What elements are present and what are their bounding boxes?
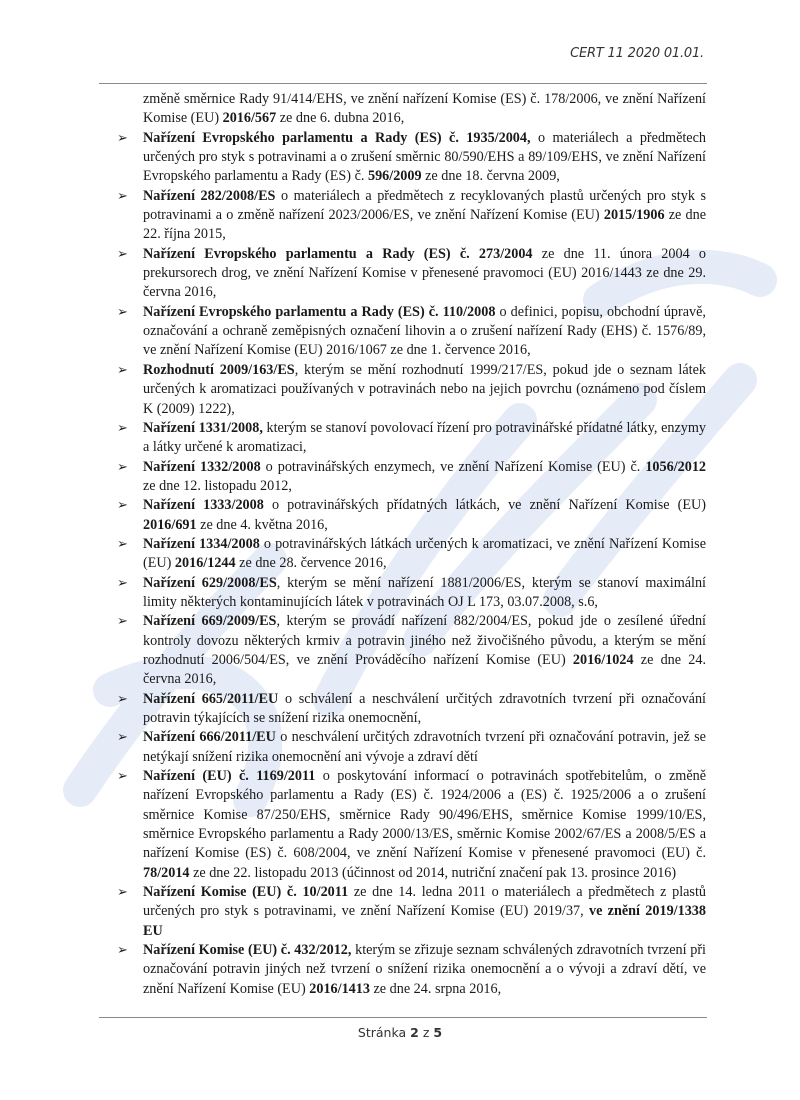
- regulation-reference: Nařízení 1332/2008: [143, 459, 261, 475]
- arrow-bullet-icon: ➢: [117, 767, 128, 786]
- list-item: ➢Nařízení 666/2011/EU o neschválení urči…: [143, 728, 706, 767]
- regulation-text: ze dne 18. června 2009,: [422, 168, 560, 184]
- regulation-reference: 2016/1413: [309, 981, 370, 997]
- regulation-reference: Nařízení (EU) č. 1169/2011: [143, 768, 315, 784]
- regulation-reference: Nařízení 1331/2008,: [143, 420, 263, 436]
- footer-divider: [99, 1017, 707, 1018]
- arrow-bullet-icon: ➢: [117, 496, 128, 515]
- document-code: CERT 11 2020 01.01.: [570, 46, 704, 61]
- regulation-text: ze dne 12. listopadu 2012,: [143, 478, 292, 494]
- arrow-bullet-icon: ➢: [117, 941, 128, 960]
- arrow-bullet-icon: ➢: [117, 361, 128, 380]
- page-sep: z: [419, 1025, 434, 1040]
- regulation-items: ➢Nařízení Evropského parlamentu a Rady (…: [143, 129, 706, 999]
- page-number: Stránka 2 z 5: [0, 1025, 800, 1040]
- regulation-list: změně směrnice Rady 91/414/EHS, ve znění…: [143, 90, 706, 999]
- arrow-bullet-icon: ➢: [117, 535, 128, 554]
- arrow-bullet-icon: ➢: [117, 245, 128, 264]
- regulation-text: ze dne 24. srpna 2016,: [370, 981, 501, 997]
- list-item: ➢Nařízení 1331/2008, kterým se stanoví p…: [143, 419, 706, 458]
- regulation-reference: 2016/691: [143, 517, 197, 533]
- regulation-text: ze dne 28. července 2016,: [236, 555, 387, 571]
- regulation-reference: Nařízení 282/2008/ES: [143, 188, 275, 204]
- regulation-reference: 2015/1906: [604, 207, 665, 223]
- page-label: Stránka: [358, 1025, 410, 1040]
- regulation-text: o potravinářských enzymech, ve znění Nař…: [261, 459, 646, 475]
- regulation-text: ze dne 22. listopadu 2013 (účinnost od 2…: [190, 865, 677, 881]
- regulation-reference: Nařízení 629/2008/ES: [143, 575, 277, 591]
- regulation-reference: Nařízení Evropského parlamentu a Rady (E…: [143, 130, 531, 146]
- list-item: ➢Nařízení 1334/2008 o potravinářských lá…: [143, 535, 706, 574]
- regulation-reference: Nařízení Komise (EU) č. 432/2012,: [143, 942, 351, 958]
- regulation-reference: Nařízení 669/2009/ES: [143, 613, 276, 629]
- regulation-reference: 1056/2012: [645, 459, 706, 475]
- list-item: ➢Nařízení Komise (EU) č. 10/2011 ze dne …: [143, 883, 706, 941]
- list-item: ➢Nařízení Evropského parlamentu a Rady (…: [143, 245, 706, 303]
- regulation-reference: Nařízení 666/2011/EU: [143, 729, 276, 745]
- regulation-reference: 2016/1244: [175, 555, 236, 571]
- page-current: 2: [410, 1025, 419, 1040]
- regulation-reference: Rozhodnutí 2009/163/ES: [143, 362, 295, 378]
- list-item: ➢Nařízení 629/2008/ES, kterým se mění na…: [143, 574, 706, 613]
- page-total: 5: [433, 1025, 442, 1040]
- arrow-bullet-icon: ➢: [117, 419, 128, 438]
- list-item: ➢Nařízení 282/2008/ES o materiálech a př…: [143, 187, 706, 245]
- list-item: ➢Nařízení Evropského parlamentu a Rady (…: [143, 129, 706, 187]
- regulation-text: ze dne 6. dubna 2016,: [276, 110, 404, 126]
- regulation-reference: Nařízení Evropského parlamentu a Rady (E…: [143, 304, 495, 320]
- regulation-reference: 596/2009: [368, 168, 422, 184]
- list-item: ➢Nařízení 665/2011/EU o schválení a nesc…: [143, 690, 706, 729]
- regulation-reference: Nařízení 1333/2008: [143, 497, 264, 513]
- list-item: ➢Nařízení (EU) č. 1169/2011 o poskytován…: [143, 767, 706, 883]
- regulation-reference: 2016/567: [223, 110, 277, 126]
- arrow-bullet-icon: ➢: [117, 458, 128, 477]
- header-divider: [99, 83, 707, 84]
- arrow-bullet-icon: ➢: [117, 129, 128, 148]
- list-item: ➢Nařízení 669/2009/ES, kterým se provádí…: [143, 612, 706, 689]
- regulation-reference: Nařízení 1334/2008: [143, 536, 260, 552]
- regulation-reference: Nařízení 665/2011/EU: [143, 691, 278, 707]
- arrow-bullet-icon: ➢: [117, 728, 128, 747]
- list-item: ➢Nařízení 1333/2008 o potravinářských př…: [143, 496, 706, 535]
- arrow-bullet-icon: ➢: [117, 187, 128, 206]
- list-item: ➢Nařízení Evropského parlamentu a Rady (…: [143, 303, 706, 361]
- list-item: ➢Rozhodnutí 2009/163/ES, kterým se mění …: [143, 361, 706, 419]
- arrow-bullet-icon: ➢: [117, 690, 128, 709]
- regulation-text: ze dne 4. května 2016,: [197, 517, 328, 533]
- regulation-reference: Nařízení Evropského parlamentu a Rady (E…: [143, 246, 533, 262]
- list-item: ➢Nařízení Komise (EU) č. 432/2012, který…: [143, 941, 706, 999]
- regulation-reference: Nařízení Komise (EU) č. 10/2011: [143, 884, 348, 900]
- regulation-reference: 2016/1024: [573, 652, 634, 668]
- list-item: ➢Nařízení 1332/2008 o potravinářských en…: [143, 458, 706, 497]
- arrow-bullet-icon: ➢: [117, 574, 128, 593]
- arrow-bullet-icon: ➢: [117, 303, 128, 322]
- arrow-bullet-icon: ➢: [117, 883, 128, 902]
- regulation-text: o potravinářských přídatných látkách, ve…: [264, 497, 706, 513]
- continuation-paragraph: změně směrnice Rady 91/414/EHS, ve znění…: [143, 90, 706, 129]
- arrow-bullet-icon: ➢: [117, 612, 128, 631]
- regulation-reference: 78/2014: [143, 865, 190, 881]
